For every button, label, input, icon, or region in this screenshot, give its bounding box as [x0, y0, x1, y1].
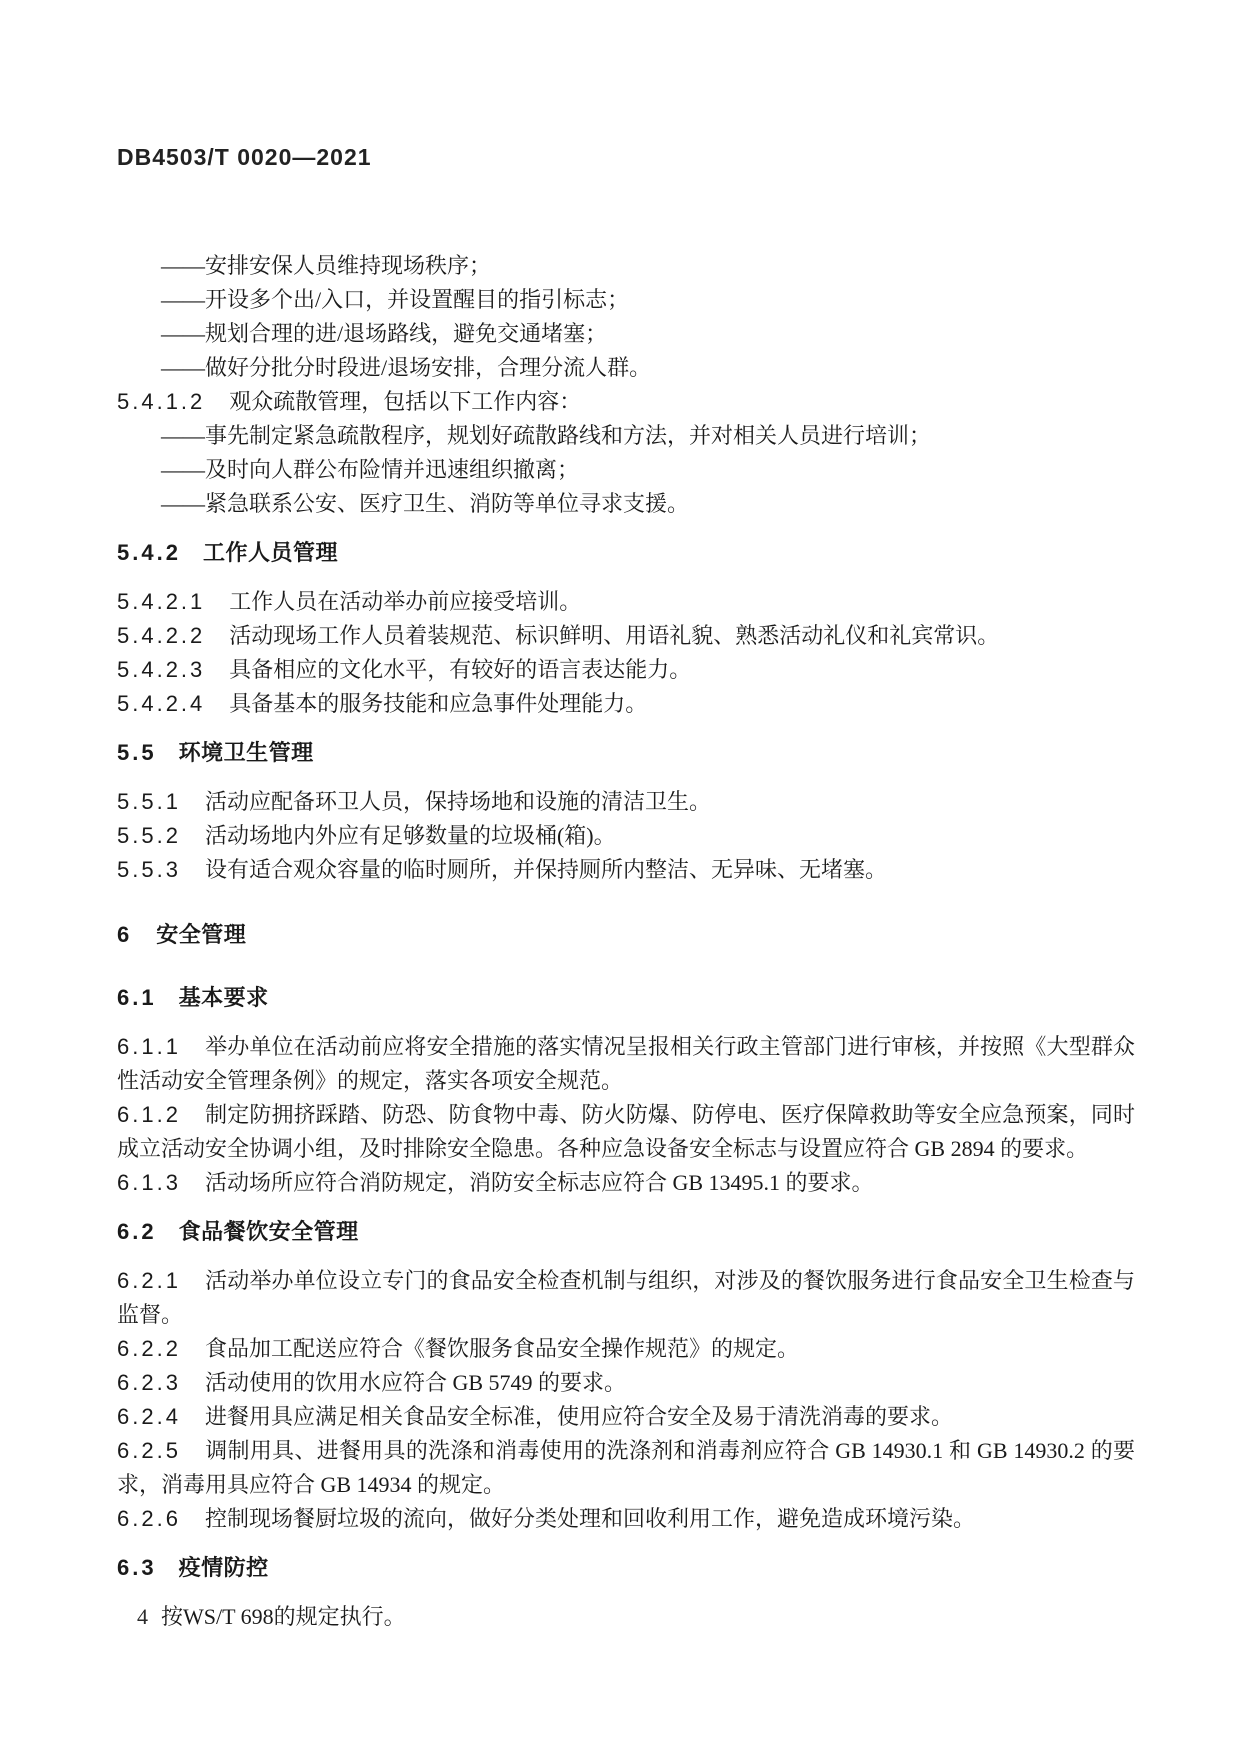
clause-paragraph: 5.4.1.2观众疏散管理，包括以下工作内容： — [117, 385, 1135, 419]
clause-text: 设有适合观众容量的临时厕所，并保持厕所内整洁、无异味、无堵塞。 — [205, 857, 887, 882]
clause-number: 6.2.6 — [117, 1506, 181, 1531]
clause-text: 具备基本的服务技能和应急事件处理能力。 — [229, 691, 647, 716]
clause-paragraph: 5.4.2.1工作人员在活动举办前应接受培训。 — [117, 585, 1135, 619]
clause-text: 活动场地内外应有足够数量的垃圾桶(箱)。 — [205, 823, 616, 848]
page-number: 4 — [137, 1604, 148, 1630]
clause-text: 制定防拥挤踩踏、防恐、防食物中毒、防火防爆、防停电、医疗保障救助等安全应急预案，… — [117, 1102, 1135, 1161]
clause-number: 5.4.2.3 — [117, 657, 205, 682]
clause-text: ——事先制定紧急疏散程序，规划好疏散路线和方法，并对相关人员进行培训； — [161, 423, 931, 448]
clause-number: 6.2.5 — [117, 1438, 181, 1463]
list-item-dash: ——做好分批分时段进/退场安排，合理分流人群。 — [117, 351, 1135, 385]
body-paragraph: 按WS/T 698的规定执行。 — [117, 1600, 1135, 1634]
clause-paragraph: 6.2.3活动使用的饮用水应符合 GB 5749 的要求。 — [117, 1366, 1135, 1400]
clause-text: ——及时向人群公布险情并迅速组织撤离； — [161, 457, 579, 482]
heading-number: 6.1 — [117, 985, 157, 1010]
document-body: ——安排安保人员维持现场秩序；——开设多个出/入口，并设置醒目的指引标志；——规… — [117, 249, 1135, 1634]
doc-code-header: DB4503/T 0020—2021 — [117, 144, 372, 171]
section-heading: 5.4.2工作人员管理 — [117, 536, 1135, 570]
clause-text: 按WS/T 698的规定执行。 — [161, 1604, 406, 1629]
heading-label: 安全管理 — [156, 922, 246, 947]
document-page: DB4503/T 0020—2021 ——安排安保人员维持现场秩序；——开设多个… — [0, 0, 1241, 1754]
heading-label: 基本要求 — [179, 985, 269, 1010]
clause-paragraph: 6.1.3活动场所应符合消防规定，消防安全标志应符合 GB 13495.1 的要… — [117, 1166, 1135, 1200]
clause-paragraph: 5.4.2.4具备基本的服务技能和应急事件处理能力。 — [117, 687, 1135, 721]
clause-text: ——安排安保人员维持现场秩序； — [161, 253, 491, 278]
clause-text: 活动现场工作人员着装规范、标识鲜明、用语礼貌、熟悉活动礼仪和礼宾常识。 — [229, 623, 999, 648]
chapter-heading: 6安全管理 — [117, 918, 1135, 952]
list-item-dash: ——事先制定紧急疏散程序，规划好疏散路线和方法，并对相关人员进行培训； — [117, 419, 1135, 453]
list-item-dash: ——规划合理的进/退场路线，避免交通堵塞； — [117, 317, 1135, 351]
clause-paragraph: 6.2.4进餐用具应满足相关食品安全标准，使用应符合安全及易于清洗消毒的要求。 — [117, 1400, 1135, 1434]
clause-text: ——规划合理的进/退场路线，避免交通堵塞； — [161, 321, 607, 346]
clause-text: 活动应配备环卫人员，保持场地和设施的清洁卫生。 — [205, 789, 711, 814]
clause-text: 观众疏散管理，包括以下工作内容： — [229, 389, 581, 414]
clause-paragraph: 5.4.2.3具备相应的文化水平，有较好的语言表达能力。 — [117, 653, 1135, 687]
clause-number: 5.5.1 — [117, 789, 181, 814]
clause-number: 5.5.2 — [117, 823, 181, 848]
clause-paragraph: 6.1.2制定防拥挤踩踏、防恐、防食物中毒、防火防爆、防停电、医疗保障救助等安全… — [117, 1098, 1135, 1166]
clause-number: 6.2.2 — [117, 1336, 181, 1361]
clause-text: 工作人员在活动举办前应接受培训。 — [229, 589, 581, 614]
section-heading: 6.1基本要求 — [117, 981, 1135, 1015]
clause-number: 5.5.3 — [117, 857, 181, 882]
heading-number: 6 — [117, 922, 130, 947]
clause-number: 6.2.3 — [117, 1370, 181, 1395]
heading-label: 食品餐饮安全管理 — [179, 1219, 359, 1244]
clause-paragraph: 5.4.2.2活动现场工作人员着装规范、标识鲜明、用语礼貌、熟悉活动礼仪和礼宾常… — [117, 619, 1135, 653]
list-item-dash: ——安排安保人员维持现场秩序； — [117, 249, 1135, 283]
clause-text: ——做好分批分时段进/退场安排，合理分流人群。 — [161, 355, 651, 380]
section-heading: 6.3疫情防控 — [117, 1551, 1135, 1585]
section-heading: 6.2食品餐饮安全管理 — [117, 1215, 1135, 1249]
heading-number: 6.2 — [117, 1219, 157, 1244]
section-heading: 5.5环境卫生管理 — [117, 736, 1135, 770]
clause-paragraph: 6.2.1活动举办单位设立专门的食品安全检查机制与组织，对涉及的餐饮服务进行食品… — [117, 1264, 1135, 1332]
clause-number: 6.2.4 — [117, 1404, 181, 1429]
clause-text: 活动举办单位设立专门的食品安全检查机制与组织，对涉及的餐饮服务进行食品安全卫生检… — [117, 1268, 1135, 1327]
heading-number: 5.5 — [117, 740, 157, 765]
clause-text: ——开设多个出/入口，并设置醒目的指引标志； — [161, 287, 629, 312]
list-item-dash: ——开设多个出/入口，并设置醒目的指引标志； — [117, 283, 1135, 317]
clause-number: 5.4.2.4 — [117, 691, 205, 716]
list-item-dash: ——及时向人群公布险情并迅速组织撤离； — [117, 453, 1135, 487]
clause-number: 6.1.1 — [117, 1034, 181, 1059]
clause-paragraph: 6.1.1举办单位在活动前应将安全措施的落实情况呈报相关行政主管部门进行审核，并… — [117, 1030, 1135, 1098]
clause-text: 进餐用具应满足相关食品安全标准，使用应符合安全及易于清洗消毒的要求。 — [205, 1404, 953, 1429]
clause-paragraph: 5.5.2活动场地内外应有足够数量的垃圾桶(箱)。 — [117, 819, 1135, 853]
clause-number: 5.4.1.2 — [117, 389, 205, 414]
heading-number: 5.4.2 — [117, 540, 181, 565]
clause-text: ——紧急联系公安、医疗卫生、消防等单位寻求支援。 — [161, 491, 689, 516]
clause-number: 6.1.3 — [117, 1170, 181, 1195]
clause-text: 食品加工配送应符合《餐饮服务食品安全操作规范》的规定。 — [205, 1336, 799, 1361]
clause-paragraph: 5.5.1活动应配备环卫人员，保持场地和设施的清洁卫生。 — [117, 785, 1135, 819]
heading-number: 6.3 — [117, 1555, 157, 1580]
clause-number: 5.4.2.2 — [117, 623, 205, 648]
heading-label: 疫情防控 — [179, 1555, 269, 1580]
clause-text: 活动使用的饮用水应符合 GB 5749 的要求。 — [205, 1370, 626, 1395]
clause-number: 5.4.2.1 — [117, 589, 205, 614]
list-item-dash: ——紧急联系公安、医疗卫生、消防等单位寻求支援。 — [117, 487, 1135, 521]
clause-text: 调制用具、进餐用具的洗涤和消毒使用的洗涤剂和消毒剂应符合 GB 14930.1 … — [117, 1438, 1135, 1497]
heading-label: 工作人员管理 — [203, 540, 338, 565]
clause-text: 具备相应的文化水平，有较好的语言表达能力。 — [229, 657, 691, 682]
clause-paragraph: 6.2.6控制现场餐厨垃圾的流向，做好分类处理和回收利用工作，避免造成环境污染。 — [117, 1502, 1135, 1536]
clause-number: 6.2.1 — [117, 1268, 181, 1293]
clause-paragraph: 6.2.2食品加工配送应符合《餐饮服务食品安全操作规范》的规定。 — [117, 1332, 1135, 1366]
clause-text: 举办单位在活动前应将安全措施的落实情况呈报相关行政主管部门进行审核，并按照《大型… — [117, 1034, 1135, 1093]
clause-paragraph: 6.2.5调制用具、进餐用具的洗涤和消毒使用的洗涤剂和消毒剂应符合 GB 149… — [117, 1434, 1135, 1502]
heading-label: 环境卫生管理 — [179, 740, 314, 765]
clause-text: 活动场所应符合消防规定，消防安全标志应符合 GB 13495.1 的要求。 — [205, 1170, 874, 1195]
clause-paragraph: 5.5.3设有适合观众容量的临时厕所，并保持厕所内整洁、无异味、无堵塞。 — [117, 853, 1135, 887]
clause-text: 控制现场餐厨垃圾的流向，做好分类处理和回收利用工作，避免造成环境污染。 — [205, 1506, 975, 1531]
clause-number: 6.1.2 — [117, 1102, 181, 1127]
